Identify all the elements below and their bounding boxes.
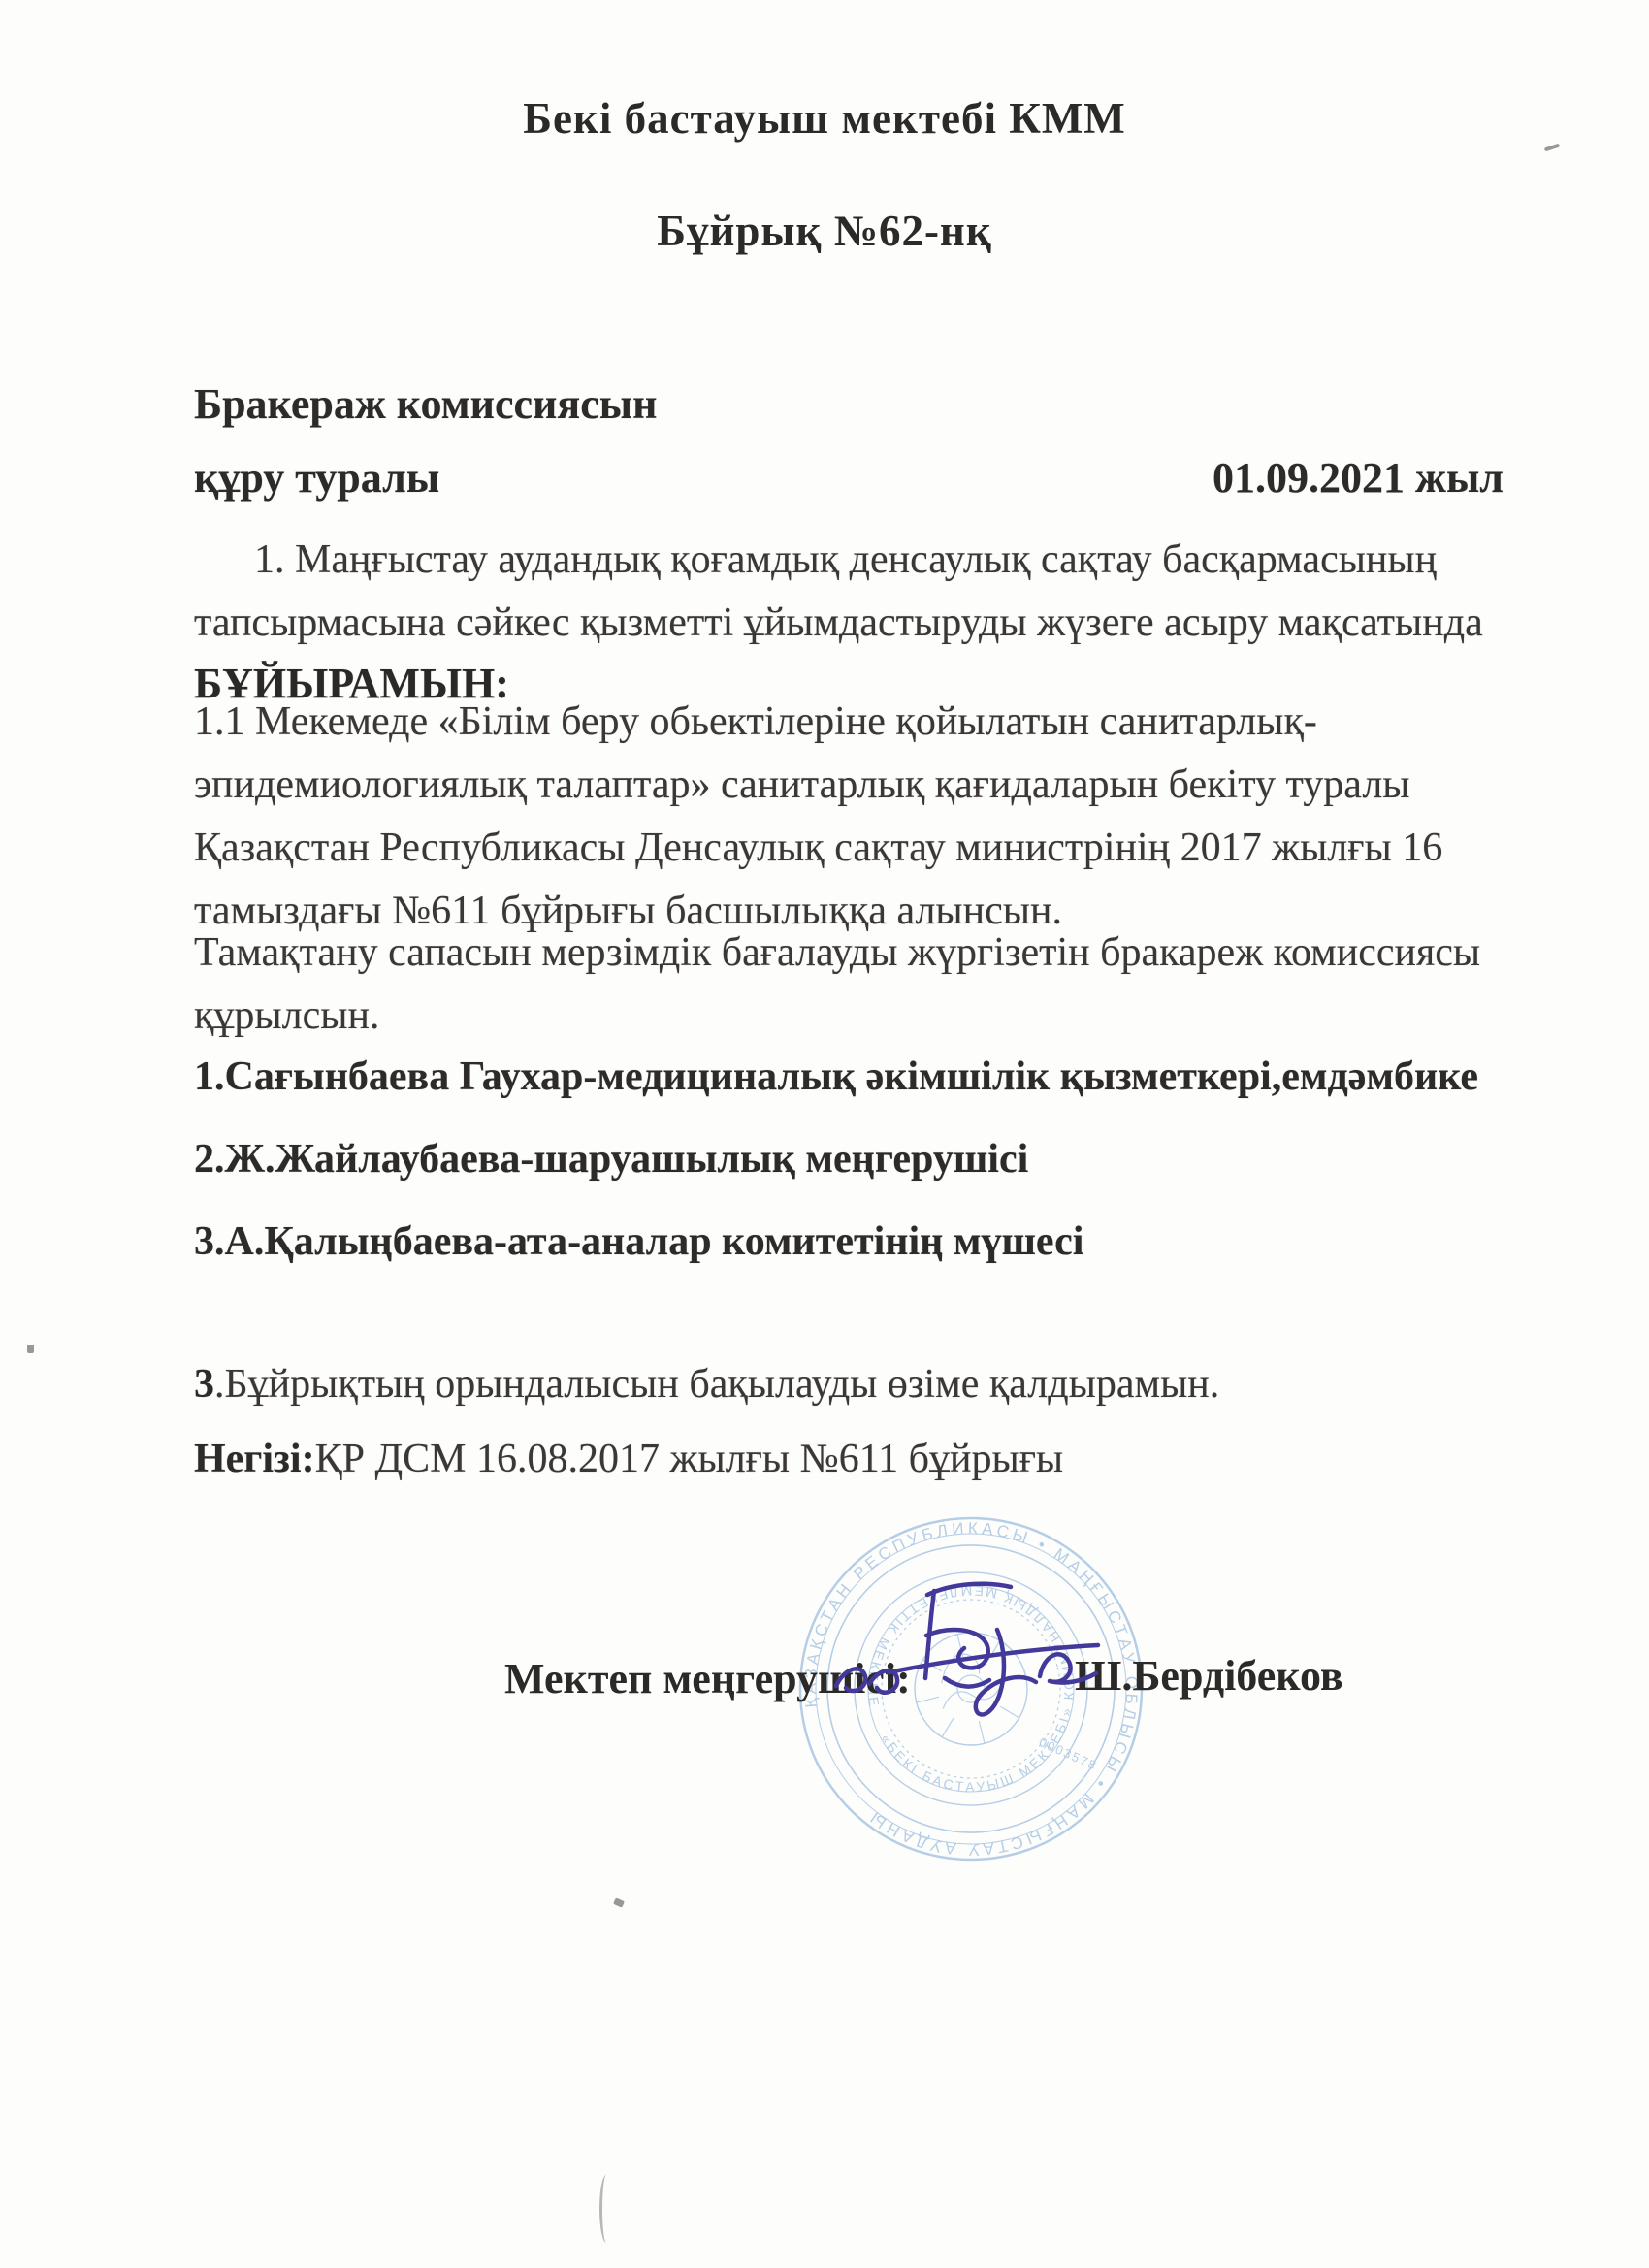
handwritten-signature bbox=[830, 1570, 1121, 1773]
clause-1-1: 1.1 Мекемеде «Білім беру обьектілеріне қ… bbox=[194, 691, 1503, 943]
subject-line-2: құру туралы bbox=[194, 446, 439, 509]
member-line-3: 3.А.Қалыңбаева-ата-аналар комитетінің мү… bbox=[194, 1211, 1503, 1274]
clause-commission: Тамақтану сапасын мерзімдік бағалауды жү… bbox=[194, 922, 1503, 1048]
control-clause: 3.Бұйрықтың орындалысын бақылауды өзіме … bbox=[194, 1353, 1503, 1416]
scan-artifact-dash bbox=[1544, 144, 1560, 152]
control-clause-number: 3 bbox=[194, 1362, 214, 1407]
org-name: Бекі бастауыш мектебі КММ bbox=[0, 93, 1649, 144]
signature-ink bbox=[830, 1570, 1121, 1773]
basis-text: ҚР ДСМ 16.08.2017 жылғы №611 бұйрығы bbox=[315, 1437, 1064, 1481]
document-page: Бекі бастауыш мектебі КММ Бұйрық №62-нқ … bbox=[0, 0, 1649, 2268]
control-clause-text: .Бұйрықтың орындалысын бақылауды өзіме қ… bbox=[214, 1362, 1219, 1407]
basis-line: Негізі:ҚР ДСМ 16.08.2017 жылғы №611 бұйр… bbox=[194, 1428, 1503, 1491]
subject-line-1: Бракераж комиссиясын bbox=[194, 373, 1503, 436]
member-line-1: 1.Сағынбаева Гаухар-медициналық әкімшілі… bbox=[194, 1046, 1503, 1109]
preamble-paragraph: 1. Маңғыстау аудандық қоғамдық денсаулық… bbox=[194, 529, 1503, 655]
order-number: Бұйрық №62-нқ bbox=[0, 206, 1649, 256]
scan-artifact-curl bbox=[599, 2175, 616, 2243]
scan-artifact-speck-below-stamp bbox=[613, 1897, 625, 1907]
order-date: 01.09.2021 жыл bbox=[1212, 446, 1503, 509]
scan-artifact-speck-left bbox=[27, 1345, 34, 1353]
basis-label: Негізі: bbox=[194, 1437, 315, 1481]
member-line-2: 2.Ж.Жайлаубаева-шаруашылық меңгерушісі bbox=[194, 1128, 1503, 1191]
